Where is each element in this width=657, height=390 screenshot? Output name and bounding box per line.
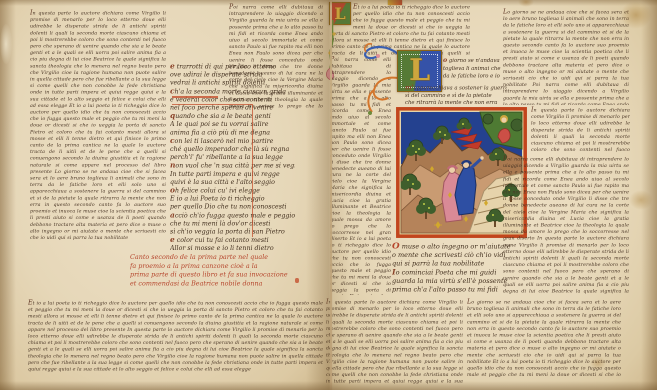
verse-line: o mente che scrivesti ciò ch'io vidi xyxy=(392,251,511,260)
initial-letter: L xyxy=(409,56,430,86)
verse-line: m'apparecchiava a sostener la guerra xyxy=(405,84,507,92)
manuscript-photo: In questa parte lo auctore dichiara come… xyxy=(0,0,657,390)
initial-letter: L xyxy=(334,6,345,22)
verse-line: qui si parrà la tua nobilitate xyxy=(392,260,511,269)
left-page: In questa parte lo auctore dichiara come… xyxy=(0,0,331,390)
verse-line: ove udirai le disperate strida xyxy=(170,71,295,79)
verse-line: o giorno se n'andava e l'aere bruno xyxy=(443,56,501,65)
verse-line: Allor si mosse e io li tenni dietro xyxy=(170,244,295,251)
verse-line: prima ch'a l'alto passo tu mi fidi xyxy=(392,286,511,295)
right-page-opening-verses-1: o giorno se n'andava e l'aere brunotogli… xyxy=(443,56,501,80)
verse-line: che ritrarrà la mente che non erra xyxy=(405,99,507,106)
verse-line: e trarrotti di qui per loco etterno xyxy=(170,62,295,71)
red-bracket-mark xyxy=(172,104,253,237)
verse-line: toglieva li animai che sono in terra xyxy=(443,65,501,73)
right-page-commentary-bottom-right: Lo giorno se ne andaua cioe che si facea… xyxy=(467,298,621,378)
right-page-commentary-col-a-strip: Poi narra come elli dubitaua di intrapre… xyxy=(330,56,391,295)
right-page-commentary-bottom-left: In questa parte lo auctore dichiara come… xyxy=(326,298,463,384)
rubric-line: prima parte di questo libro et fa sua in… xyxy=(130,271,316,280)
right-page-commentary-col-b-top: Lo giorno se ne andaua cioe che si facea… xyxy=(503,8,629,105)
illuminated-initial-small: L xyxy=(329,2,351,25)
left-page-rubric: Canto secondo de la prima parte nel qual… xyxy=(130,253,316,288)
left-page-commentary-bottom: Et io a lui poeta io ti richeggio dice l… xyxy=(28,299,323,375)
verse-line: Io cominciai Poeta che mi guidi xyxy=(392,268,511,277)
right-page-opening-verses-2: m'apparecchiava a sostener la guerrasì d… xyxy=(405,84,507,107)
verse-line: O muse o alto ingegno or m'aiutate xyxy=(392,242,511,251)
right-page-commentary-col-a-top: Et io a lui poeta io ti richeggio dice l… xyxy=(330,3,470,56)
rubric-line: Canto secondo de la prima parte nel qual… xyxy=(130,253,316,262)
verse-line: da le fatiche loro e io sol uno xyxy=(443,73,501,80)
red-underline-mark xyxy=(172,96,218,98)
verse-line: sì del cammino e sì de la pietate xyxy=(405,92,507,99)
verse-line: ch'a la seconda morte ciascun grida xyxy=(170,87,295,96)
verse-line: guarda la mia virtù s'ell'è possente xyxy=(392,277,511,286)
right-page-commentary-col-b-beside-miniature: In questa parte lo auctore dichiara come… xyxy=(531,106,630,153)
rubric-line: et commendasi da Beatrice nobile donna xyxy=(130,279,316,288)
verse-line: vedrai li antichi spiriti dolenti xyxy=(170,79,295,87)
right-page-verses-below-miniature: O muse o alto ingegno or m'aiutateo ment… xyxy=(392,242,511,294)
rubric-line: fa proemio a la prima canzone cioè a la xyxy=(130,262,316,271)
right-page-commentary-col-b-lower: Poi narra come elli dubitaua di intrapre… xyxy=(503,155,629,295)
